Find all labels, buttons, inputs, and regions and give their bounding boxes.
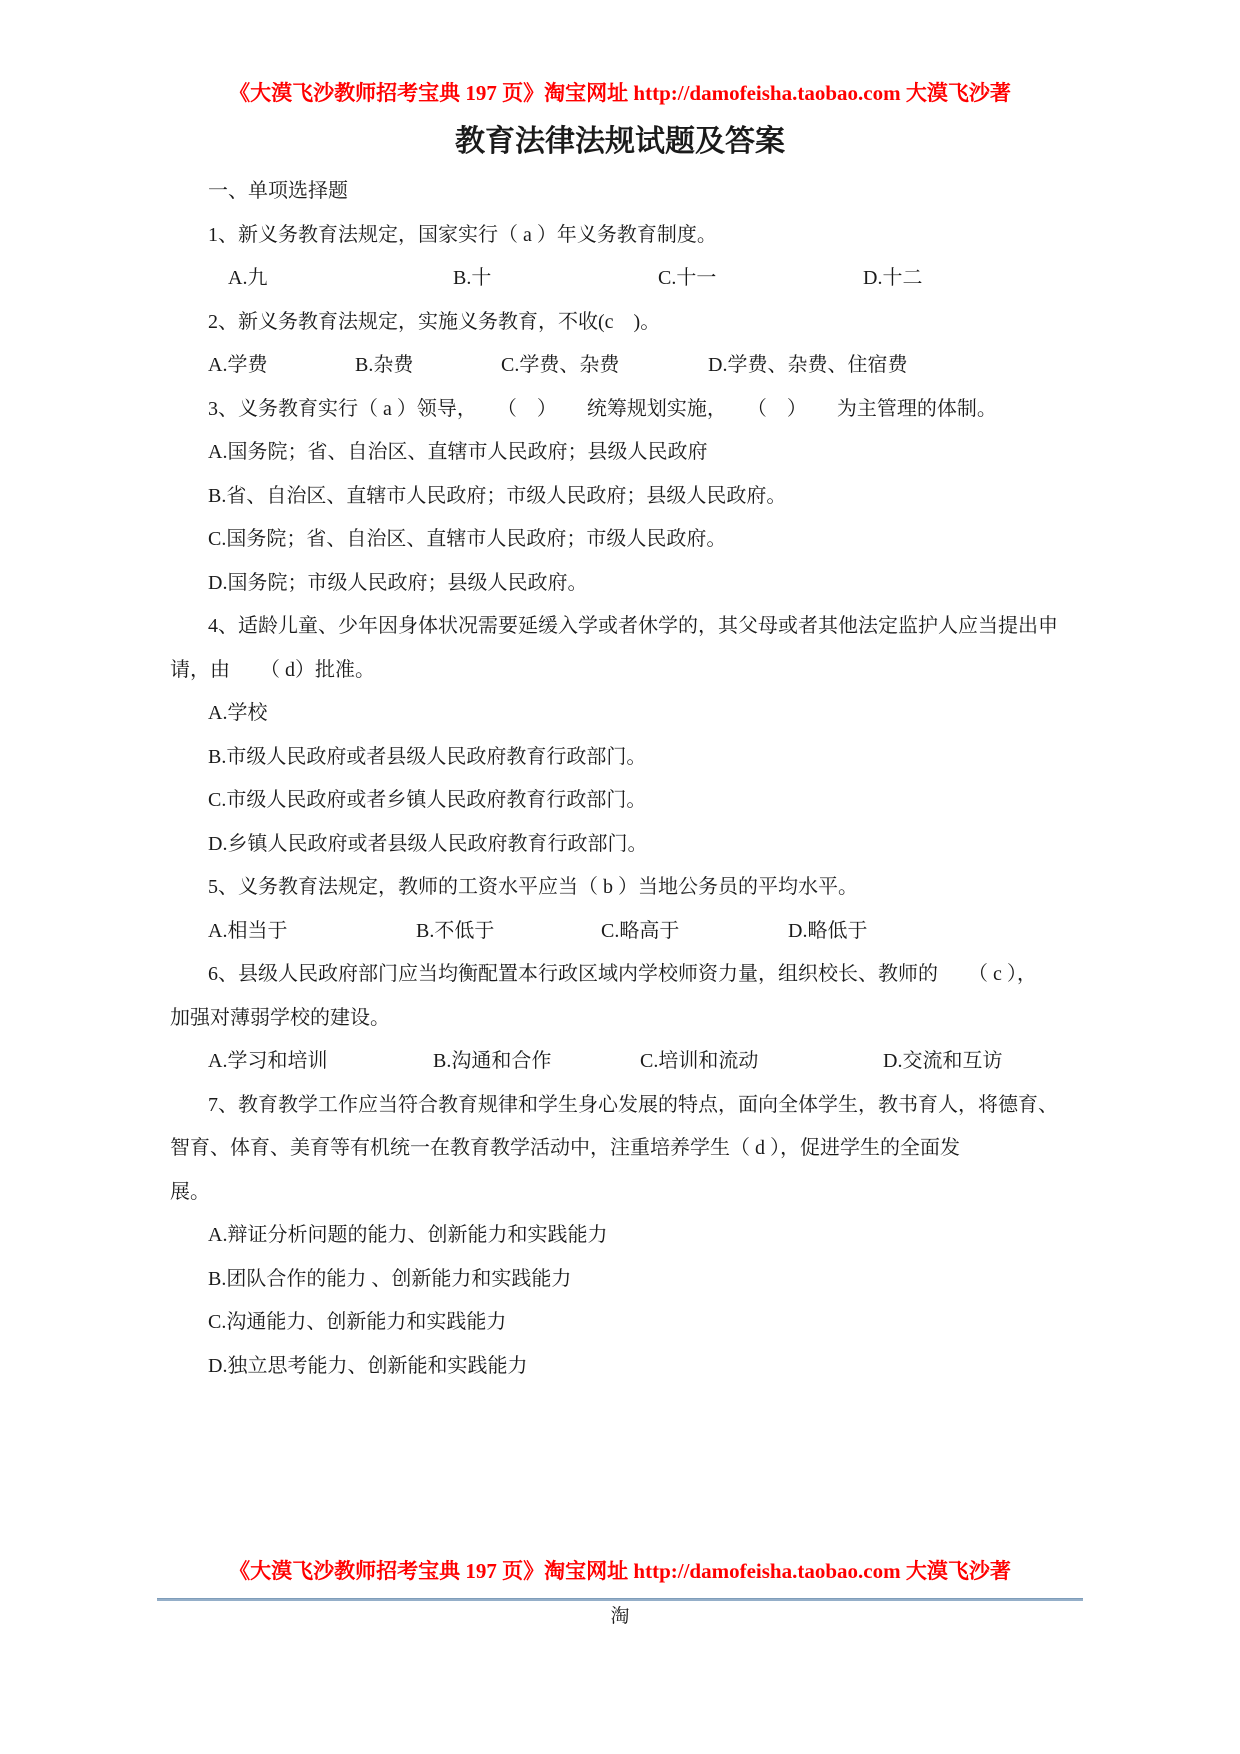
document-page: 《大漠飞沙教师招考宝典 197 页》淘宝网址 http://damofeisha… xyxy=(0,0,1240,1754)
option-item: C.培训和流动 xyxy=(640,1040,883,1084)
option-item: A.九 xyxy=(228,257,453,301)
option-item: A.学习和培训 xyxy=(208,1040,433,1084)
footer-divider xyxy=(157,1598,1083,1601)
option-line: B.市级人民政府或者县级人民政府教育行政部门。 xyxy=(170,736,1090,780)
option-line: D.国务院；市级人民政府；县级人民政府。 xyxy=(170,562,1090,606)
question-text: 1、新义务教育法规定，国家实行（ a ）年义务教育制度。 xyxy=(170,214,1090,258)
option-item: D.十二 xyxy=(863,257,922,301)
question-text: 3、义务教育实行（ a ）领导， （ ） 统筹规划实施， （ ） 为主管理的体制… xyxy=(170,388,1090,432)
continuation-line: 请，由 （ d）批准。 xyxy=(170,649,1090,693)
question-blocks: 1、新义务教育法规定，国家实行（ a ）年义务教育制度。A.九B.十C.十一D.… xyxy=(170,214,1090,1389)
option-line: A.辩证分析问题的能力、创新能力和实践能力 xyxy=(170,1214,1090,1258)
option-line: C.沟通能力、创新能力和实践能力 xyxy=(170,1301,1090,1345)
option-line: B.团队合作的能力 、创新能力和实践能力 xyxy=(170,1258,1090,1302)
question-text: 7、教育教学工作应当符合教育规律和学生身心发展的特点，面向全体学生，教书育人，将… xyxy=(170,1084,1090,1128)
option-item: A.相当于 xyxy=(208,910,416,954)
option-line: A.国务院；省、自治区、直辖市人民政府；县级人民政府 xyxy=(170,431,1090,475)
option-item: A.学费 xyxy=(208,344,355,388)
option-line: C.市级人民政府或者乡镇人民政府教育行政部门。 xyxy=(170,779,1090,823)
option-item: D.学费、杂费、住宿费 xyxy=(708,344,907,388)
option-item: C.学费、杂费 xyxy=(501,344,708,388)
continuation-line: 智育、体育、美育等有机统一在教育教学活动中，注重培养学生（ d ），促进学生的全… xyxy=(170,1127,1090,1171)
option-item: C.略高于 xyxy=(601,910,788,954)
option-item: B.沟通和合作 xyxy=(433,1040,640,1084)
option-line: B.省、自治区、直辖市人民政府；市级人民政府；县级人民政府。 xyxy=(170,475,1090,519)
page-title: 教育法律法规试题及答案 xyxy=(0,122,1240,162)
question-text: 4、适龄儿童、少年因身体状况需要延缓入学或者休学的，其父母或者其他法定监护人应当… xyxy=(170,605,1090,649)
option-item: D.交流和互访 xyxy=(883,1040,1002,1084)
option-line: C.国务院；省、自治区、直辖市人民政府；市级人民政府。 xyxy=(170,518,1090,562)
header-banner: 《大漠飞沙教师招考宝典 197 页》淘宝网址 http://damofeisha… xyxy=(0,0,1240,106)
options-row: A.学习和培训B.沟通和合作C.培训和流动D.交流和互访 xyxy=(170,1040,1090,1084)
option-line: A.学校 xyxy=(170,692,1090,736)
option-item: C.十一 xyxy=(658,257,863,301)
option-item: B.杂费 xyxy=(355,344,501,388)
continuation-line: 加强对薄弱学校的建设。 xyxy=(170,997,1090,1041)
options-row: A.相当于B.不低于C.略高于D.略低于 xyxy=(170,910,1090,954)
option-line: D.乡镇人民政府或者县级人民政府教育行政部门。 xyxy=(170,823,1090,867)
footer-banner: 《大漠飞沙教师招考宝典 197 页》淘宝网址 http://damofeisha… xyxy=(0,1558,1240,1584)
options-row: A.学费B.杂费C.学费、杂费D.学费、杂费、住宿费 xyxy=(170,344,1090,388)
section-heading: 一、单项选择题 xyxy=(170,170,1090,214)
footer-page-char: 淘 xyxy=(0,1604,1240,1630)
continuation-line: 展。 xyxy=(170,1171,1090,1215)
options-row: A.九B.十C.十一D.十二 xyxy=(170,257,1090,301)
option-item: D.略低于 xyxy=(788,910,867,954)
question-text: 2、新义务教育法规定，实施义务教育，不收(c )。 xyxy=(170,301,1090,345)
option-line: D.独立思考能力、创新能和实践能力 xyxy=(170,1345,1090,1389)
question-text: 6、县级人民政府部门应当均衡配置本行政区域内学校师资力量，组织校长、教师的 （ … xyxy=(170,953,1090,997)
question-text: 5、义务教育法规定，教师的工资水平应当（ b ）当地公务员的平均水平。 xyxy=(170,866,1090,910)
option-item: B.十 xyxy=(453,257,658,301)
exam-content: 一、单项选择题 1、新义务教育法规定，国家实行（ a ）年义务教育制度。A.九B… xyxy=(170,170,1090,1388)
option-item: B.不低于 xyxy=(416,910,601,954)
